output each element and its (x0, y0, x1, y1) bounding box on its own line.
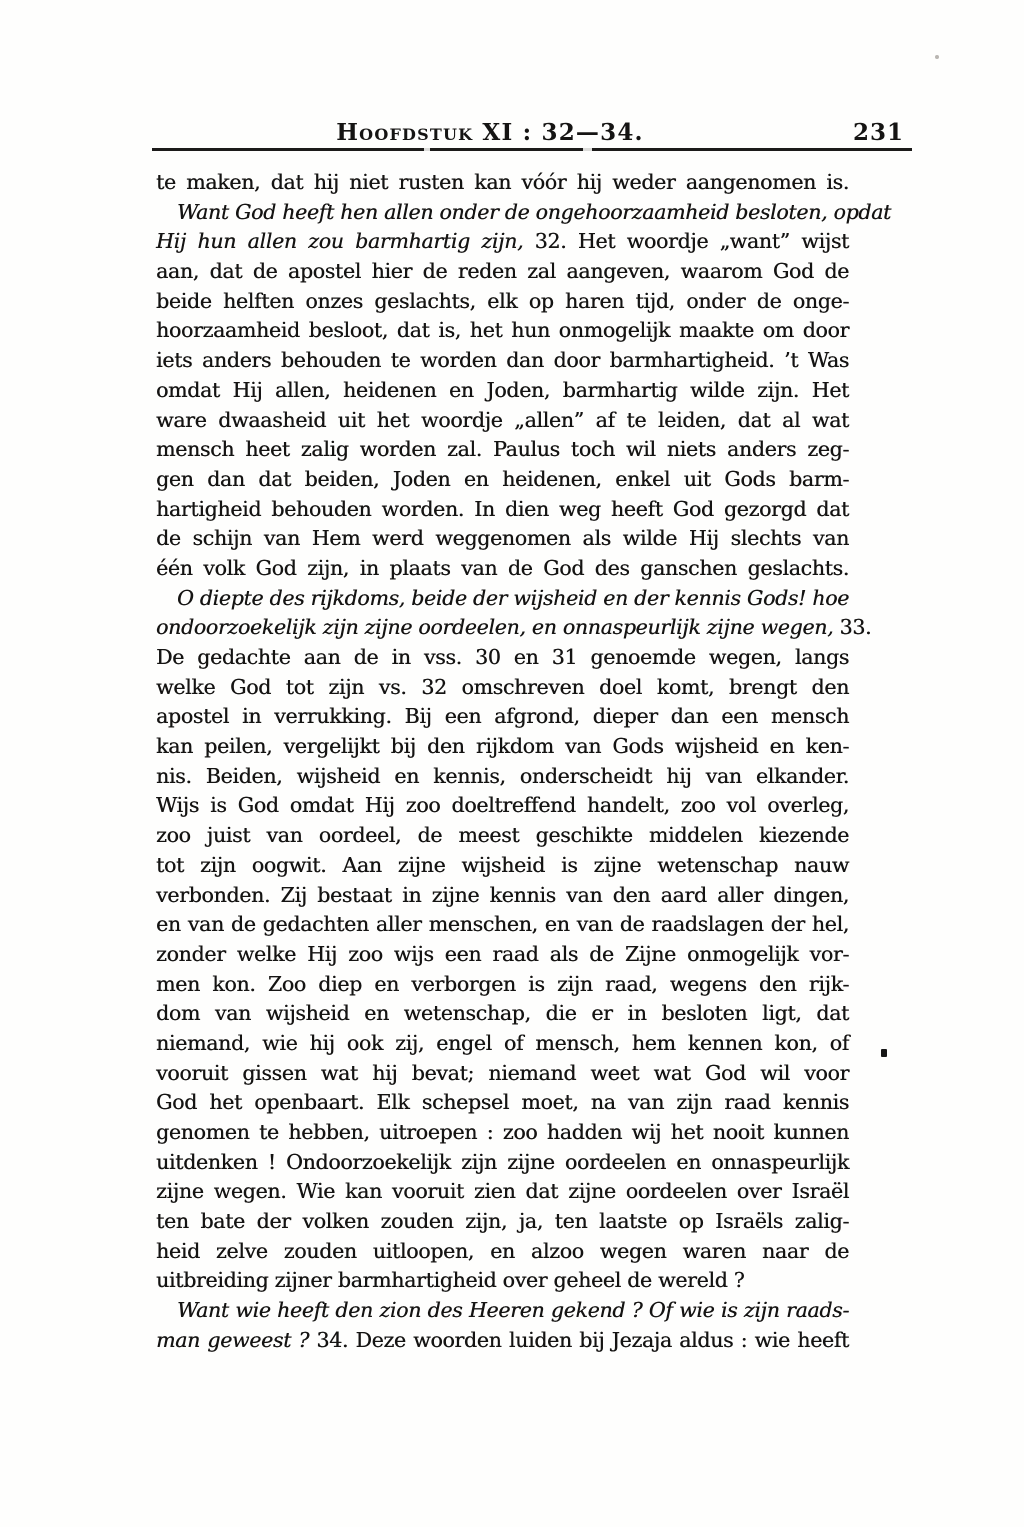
text-line: O diepte des rijkdoms, beide der wijshei… (156, 584, 849, 614)
commentary-segment: nis. Beiden, wijsheid en kennis, ondersc… (156, 764, 849, 788)
scripture-quote-segment: Hij hun allen zou barmhartig zijn, (156, 229, 535, 253)
commentary-segment: zijne wegen. Wie kan vooruit zien dat zi… (156, 1179, 849, 1203)
text-line: de schijn van Hem werd weggenomen als wi… (156, 524, 849, 554)
text-line: nis. Beiden, wijsheid en kennis, ondersc… (156, 762, 849, 792)
text-line: mensch heet zalig worden zal. Paulus toc… (156, 435, 849, 465)
commentary-segment: gen dan dat beiden, Joden en heidenen, e… (156, 467, 849, 491)
commentary-segment: iets anders behouden te worden dan door … (156, 348, 849, 372)
commentary-segment: vooruit gissen wat hij bevat; niemand we… (156, 1061, 849, 1085)
text-line: zoo juist van oordeel, de meest geschikt… (156, 821, 849, 851)
text-line: iets anders behouden te worden dan door … (156, 346, 849, 376)
commentary-segment: hartigheid behouden worden. In dien weg … (156, 497, 849, 521)
commentary-segment: heid zelve zouden uitloopen, en alzoo we… (156, 1239, 849, 1263)
text-line: hartigheid behouden worden. In dien weg … (156, 495, 849, 525)
commentary-segment: beide helften onzes geslachts, elk op ha… (156, 289, 849, 313)
ink-speck (881, 1049, 887, 1057)
text-line: hoorzaamheid besloot, dat is, het hun on… (156, 316, 849, 346)
commentary-segment: omdat Hij allen, heidenen en Joden, barm… (156, 378, 849, 402)
commentary-segment: 32. Het woordje „want” wijst (535, 229, 849, 253)
commentary-segment: de schijn van Hem werd weggenomen als wi… (156, 526, 849, 550)
commentary-segment: tot zijn oogwit. Aan zijne wijsheid is z… (156, 853, 849, 877)
commentary-segment: zoo juist van oordeel, de meest geschikt… (156, 823, 849, 847)
text-line: aan, dat de apostel hier de reden zal aa… (156, 257, 849, 287)
commentary-segment: kan peilen, vergelijkt bij den rijkdom v… (156, 734, 849, 758)
text-line: God het openbaart. Elk schepsel moet, na… (156, 1088, 849, 1118)
text-line: te maken, dat hij niet rusten kan vóór h… (156, 168, 849, 198)
text-line: heid zelve zouden uitloopen, en alzoo we… (156, 1237, 849, 1267)
text-line: vooruit gissen wat hij bevat; niemand we… (156, 1059, 849, 1089)
commentary-segment: Wijs is God omdat Hij zoo doeltreffend h… (156, 793, 849, 817)
commentary-segment: en van de gedachten aller menschen, en v… (156, 912, 849, 936)
text-line: Hij hun allen zou barmhartig zijn, 32. H… (156, 227, 849, 257)
text-line: zijne wegen. Wie kan vooruit zien dat zi… (156, 1177, 849, 1207)
text-line: één volk God zijn, in plaats van de God … (156, 554, 849, 584)
commentary-segment: genomen te hebben, uitroepen : zoo hadde… (156, 1120, 849, 1144)
text-line: omdat Hij allen, heidenen en Joden, barm… (156, 376, 849, 406)
commentary-segment: uitbreiding zijner barmhartigheid over g… (156, 1268, 744, 1292)
commentary-segment: aan, dat de apostel hier de reden zal aa… (156, 259, 849, 283)
scripture-quote-segment: man geweest ? (156, 1328, 316, 1352)
rule-break (424, 148, 430, 151)
text-line: Want wie heeft den zion des Heeren geken… (156, 1296, 849, 1326)
header-rule (152, 148, 912, 151)
commentary-segment: God het openbaart. Elk schepsel moet, na… (156, 1090, 849, 1114)
commentary-segment: verbonden. Zij bestaat in zijne kennis v… (156, 883, 849, 907)
text-line: welke God tot zijn vs. 32 omschreven doe… (156, 673, 849, 703)
commentary-segment: De gedachte aan de in vss. 30 en 31 geno… (156, 645, 849, 669)
chapter-heading: Hoofdstuk XI : 32—34. (0, 119, 980, 146)
commentary-segment: ten bate der volken zouden zijn, ja, ten… (156, 1209, 849, 1233)
text-line: verbonden. Zij bestaat in zijne kennis v… (156, 881, 849, 911)
text-line: zonder welke Hij zoo wijs een raad als d… (156, 940, 849, 970)
text-line: niemand, wie hij ook zij, engel of mensc… (156, 1029, 849, 1059)
commentary-segment: welke God tot zijn vs. 32 omschreven doe… (156, 675, 849, 699)
text-line: ondoorzoekelijk zijn zijne oordeelen, en… (156, 613, 849, 643)
text-line: beide helften onzes geslachts, elk op ha… (156, 287, 849, 317)
text-line: uitbreiding zijner barmhartigheid over g… (156, 1266, 849, 1296)
text-line: genomen te hebben, uitroepen : zoo hadde… (156, 1118, 849, 1148)
text-line: tot zijn oogwit. Aan zijne wijsheid is z… (156, 851, 849, 881)
ink-speck (935, 55, 939, 59)
commentary-segment: niemand, wie hij ook zij, engel of mensc… (156, 1031, 849, 1055)
text-line: man geweest ? 34. Deze woorden luiden bi… (156, 1326, 849, 1356)
text-line: ware dwaasheid uit het woordje „allen” a… (156, 406, 849, 436)
page-number: 231 (853, 119, 904, 146)
rule-break (583, 148, 592, 151)
text-line: De gedachte aan de in vss. 30 en 31 geno… (156, 643, 849, 673)
book-page: Hoofdstuk XI : 32—34. 231 te maken, dat … (0, 0, 1024, 1527)
commentary-segment: apostel in verrukking. Bij een afgrond, … (156, 704, 849, 728)
body-text: te maken, dat hij niet rusten kan vóór h… (156, 168, 849, 1356)
commentary-segment: hoorzaamheid besloot, dat is, het hun on… (156, 318, 849, 342)
text-line: uitdenken ! Ondoorzoekelijk zijn zijne o… (156, 1148, 849, 1178)
text-line: Want God heeft hen allen onder de ongeho… (156, 198, 849, 228)
scripture-quote-segment: Want wie heeft den zion des Heeren geken… (177, 1298, 849, 1322)
commentary-segment: zonder welke Hij zoo wijs een raad als d… (156, 942, 849, 966)
commentary-segment: mensch heet zalig worden zal. Paulus toc… (156, 437, 849, 461)
text-line: men kon. Zoo diep en verborgen is zijn r… (156, 970, 849, 1000)
scripture-quote-segment: ondoorzoekelijk zijn zijne oordeelen, en… (156, 615, 840, 639)
text-line: Wijs is God omdat Hij zoo doeltreffend h… (156, 791, 849, 821)
text-line: kan peilen, vergelijkt bij den rijkdom v… (156, 732, 849, 762)
text-line: gen dan dat beiden, Joden en heidenen, e… (156, 465, 849, 495)
scripture-quote-segment: O diepte des rijkdoms, beide der wijshei… (177, 586, 849, 610)
commentary-segment: 34. Deze woorden luiden bij Jezaja aldus… (316, 1328, 849, 1352)
text-line: dom van wijsheid en wetenschap, die er i… (156, 999, 849, 1029)
commentary-segment: ware dwaasheid uit het woordje „allen” a… (156, 408, 849, 432)
commentary-segment: uitdenken ! Ondoorzoekelijk zijn zijne o… (156, 1150, 849, 1174)
commentary-segment: één volk God zijn, in plaats van de God … (156, 556, 849, 580)
text-line: ten bate der volken zouden zijn, ja, ten… (156, 1207, 849, 1237)
text-line: en van de gedachten aller menschen, en v… (156, 910, 849, 940)
commentary-segment: 33. (840, 615, 872, 639)
scripture-quote-segment: Want God heeft hen allen onder de ongeho… (177, 200, 891, 224)
commentary-segment: dom van wijsheid en wetenschap, die er i… (156, 1001, 849, 1025)
commentary-segment: men kon. Zoo diep en verborgen is zijn r… (156, 972, 849, 996)
text-line: apostel in verrukking. Bij een afgrond, … (156, 702, 849, 732)
commentary-segment: te maken, dat hij niet rusten kan vóór h… (156, 170, 849, 194)
